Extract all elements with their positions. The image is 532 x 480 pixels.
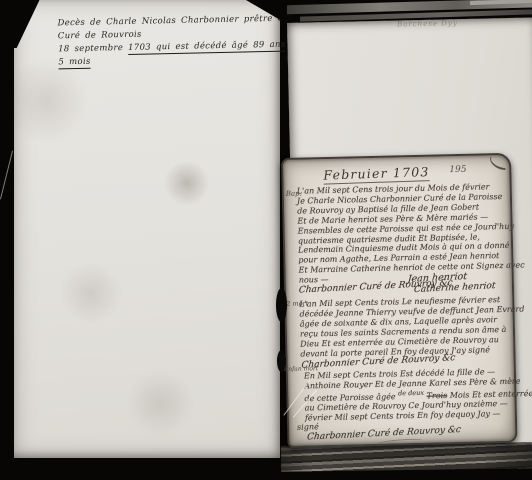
annotation-line-2: 18 septembre 1703 qui est décédé âgé 89 … — [58, 39, 288, 70]
annotation-line-2-start: 18 septembre — [58, 43, 128, 54]
scanned-register-photo: Decès de Charle Nicolas Charbonnier prêt… — [0, 0, 532, 480]
film-scratch — [0, 151, 13, 200]
gutter-ink-blob — [276, 288, 287, 322]
researcher-annotation: Decès de Charle Nicolas Charbonnier prêt… — [57, 13, 288, 70]
manuscript-page: Februier 1703 195 Bap. L'an Mil sept Cen… — [281, 153, 518, 448]
struck-word: Trois — [427, 391, 448, 400]
month-year-heading: Februier 1703 — [323, 164, 430, 185]
baptism-entry: L'an Mil sept Cens trois jour du Mois de… — [297, 182, 525, 286]
gutter-ink-blob — [277, 350, 286, 372]
infant-burial-entry: En Mil sept Cents trois Est décédé la fi… — [304, 366, 532, 424]
interlinear-insertion: de deux — [398, 389, 424, 398]
priest-signature: Charbonnier Curé de Rouvroy &c — [307, 425, 462, 443]
entry-line-post: Mois Et est enterrée — — [447, 389, 532, 400]
folio-page-number: 195 — [449, 165, 466, 175]
page-corner-curl — [489, 157, 507, 170]
left-blank-page: Decès de Charle Nicolas Charbonnier prêt… — [14, 0, 280, 458]
burial-entry: L'an Mil sept Cents trois Le neufiesme f… — [299, 295, 525, 360]
faint-offset-writing: Barchese Dyy — [397, 19, 458, 28]
